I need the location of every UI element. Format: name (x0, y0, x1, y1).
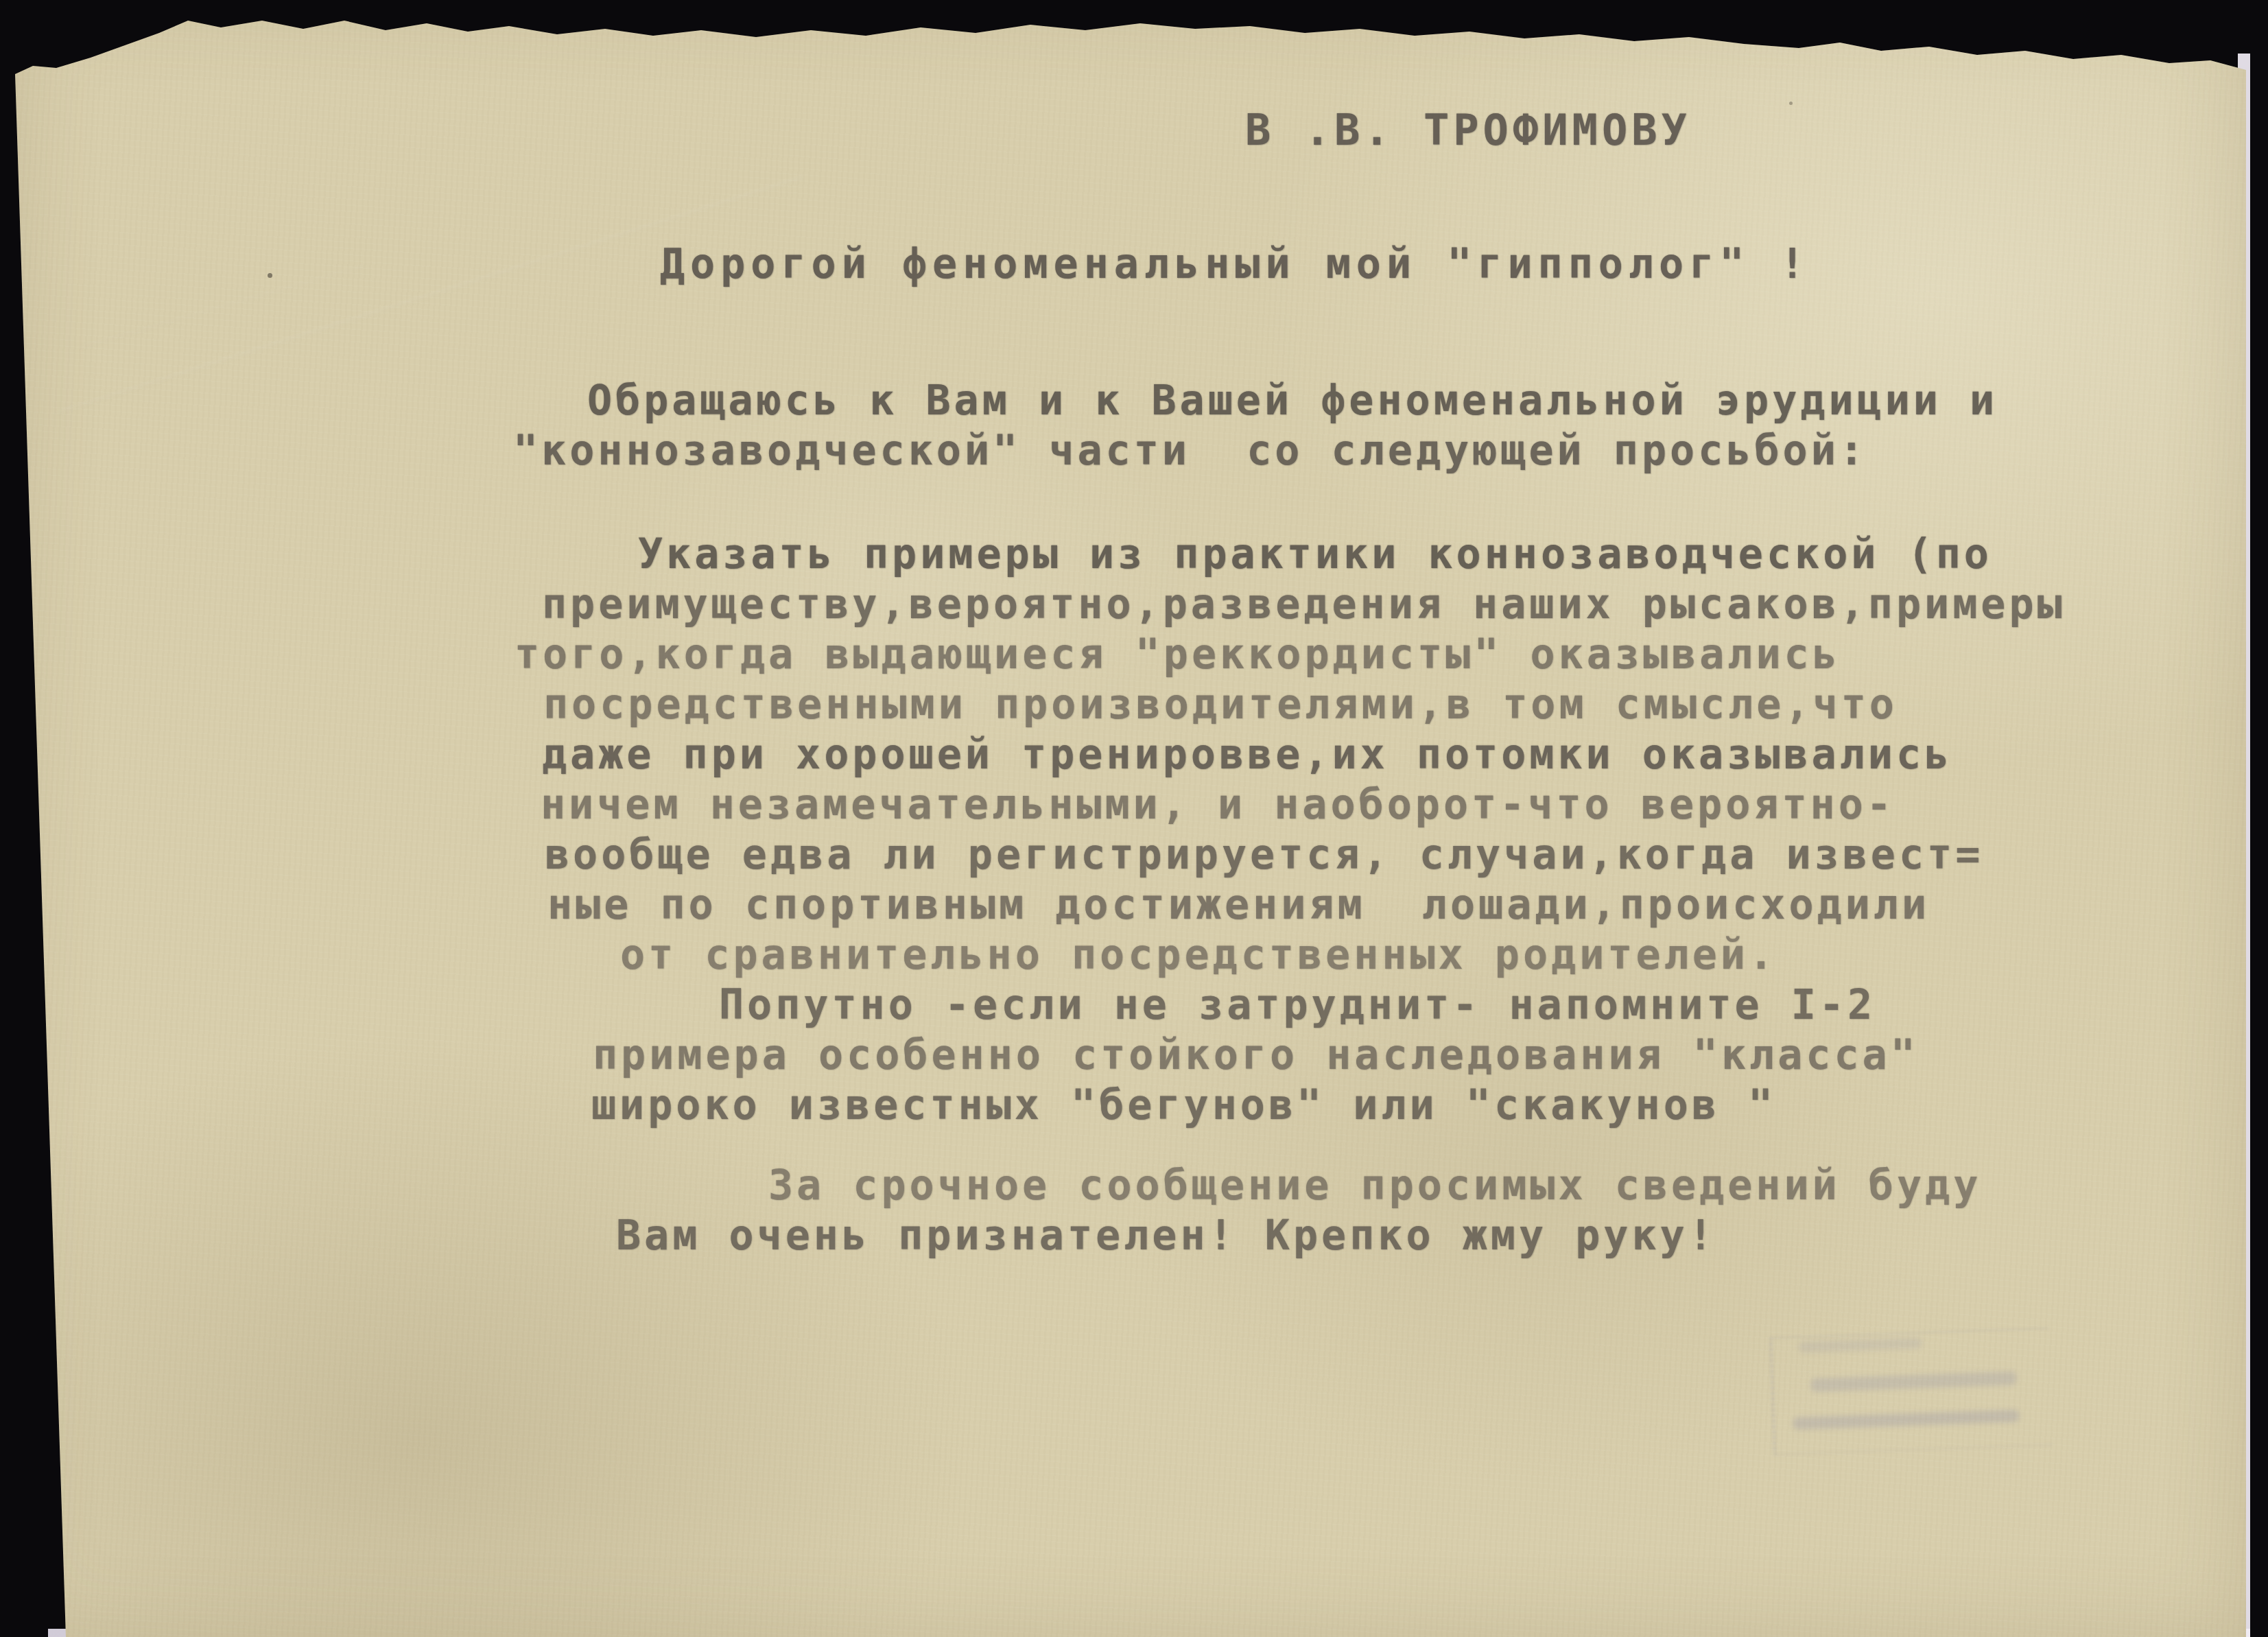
letter-line: За срочное сообщение просимых сведений б… (768, 1161, 1981, 1211)
paragraph-closing: За срочное сообщение просимых сведений б… (547, 1161, 1981, 1261)
letter-line: Указать примеры из практики коннозаводче… (638, 530, 2066, 580)
recipient-line: В .В. ТРОФИМОВУ (1245, 103, 1691, 158)
letter-line: посредственными производителями,в том см… (543, 680, 2066, 730)
letter-line: Обращаюсь к Вам и к Вашей феноменальной … (587, 376, 1998, 426)
scanned-letter-page: В .В. ТРОФИМОВУ Дорогой феноменальный мо… (0, 0, 2268, 1637)
letter-line: "коннозаводческой" части со следующей пр… (513, 426, 1998, 476)
letter-line: вообще едва ли регистрируется, случаи,ко… (545, 830, 2066, 880)
paragraph-intro: Обращаюсь к Вам и к Вашей феноменальной … (547, 376, 1998, 476)
paper-crease (80, 265, 364, 348)
letter-line: широко известных "бегунов" или "скакунов… (591, 1081, 2066, 1131)
dust-speck (1789, 102, 1793, 105)
letter-line: ничем незамечательными, и наоборот-что в… (541, 780, 2066, 830)
paragraph-request: Указать примеры из практики коннозаводче… (547, 530, 2066, 1131)
letter-line: от сравнительно посредственных родителей… (620, 930, 2066, 980)
letter-line: преимуществу,вероятно,разведения наших р… (542, 580, 2066, 630)
salutation-line: Дорогой феноменальный мой "гипполог" ! (660, 237, 1810, 292)
letter-line: того,когда выдающиеся "реккордисты" оказ… (515, 630, 2066, 680)
letter-line: Вам очень признателен! Крепко жму руку! (616, 1211, 1981, 1261)
letter-line: даже при хорошей тренировве,их потомки о… (542, 730, 2066, 780)
letter-line: Попутно -если не затруднит- напомните I-… (719, 980, 2066, 1031)
ink-stamp (1769, 1328, 2053, 1455)
letter-line: ные по спортивным достижениям лошади,про… (547, 880, 2066, 930)
letter-line: примера особенно стойкого наследования "… (593, 1031, 2066, 1081)
dust-speck (268, 273, 272, 278)
